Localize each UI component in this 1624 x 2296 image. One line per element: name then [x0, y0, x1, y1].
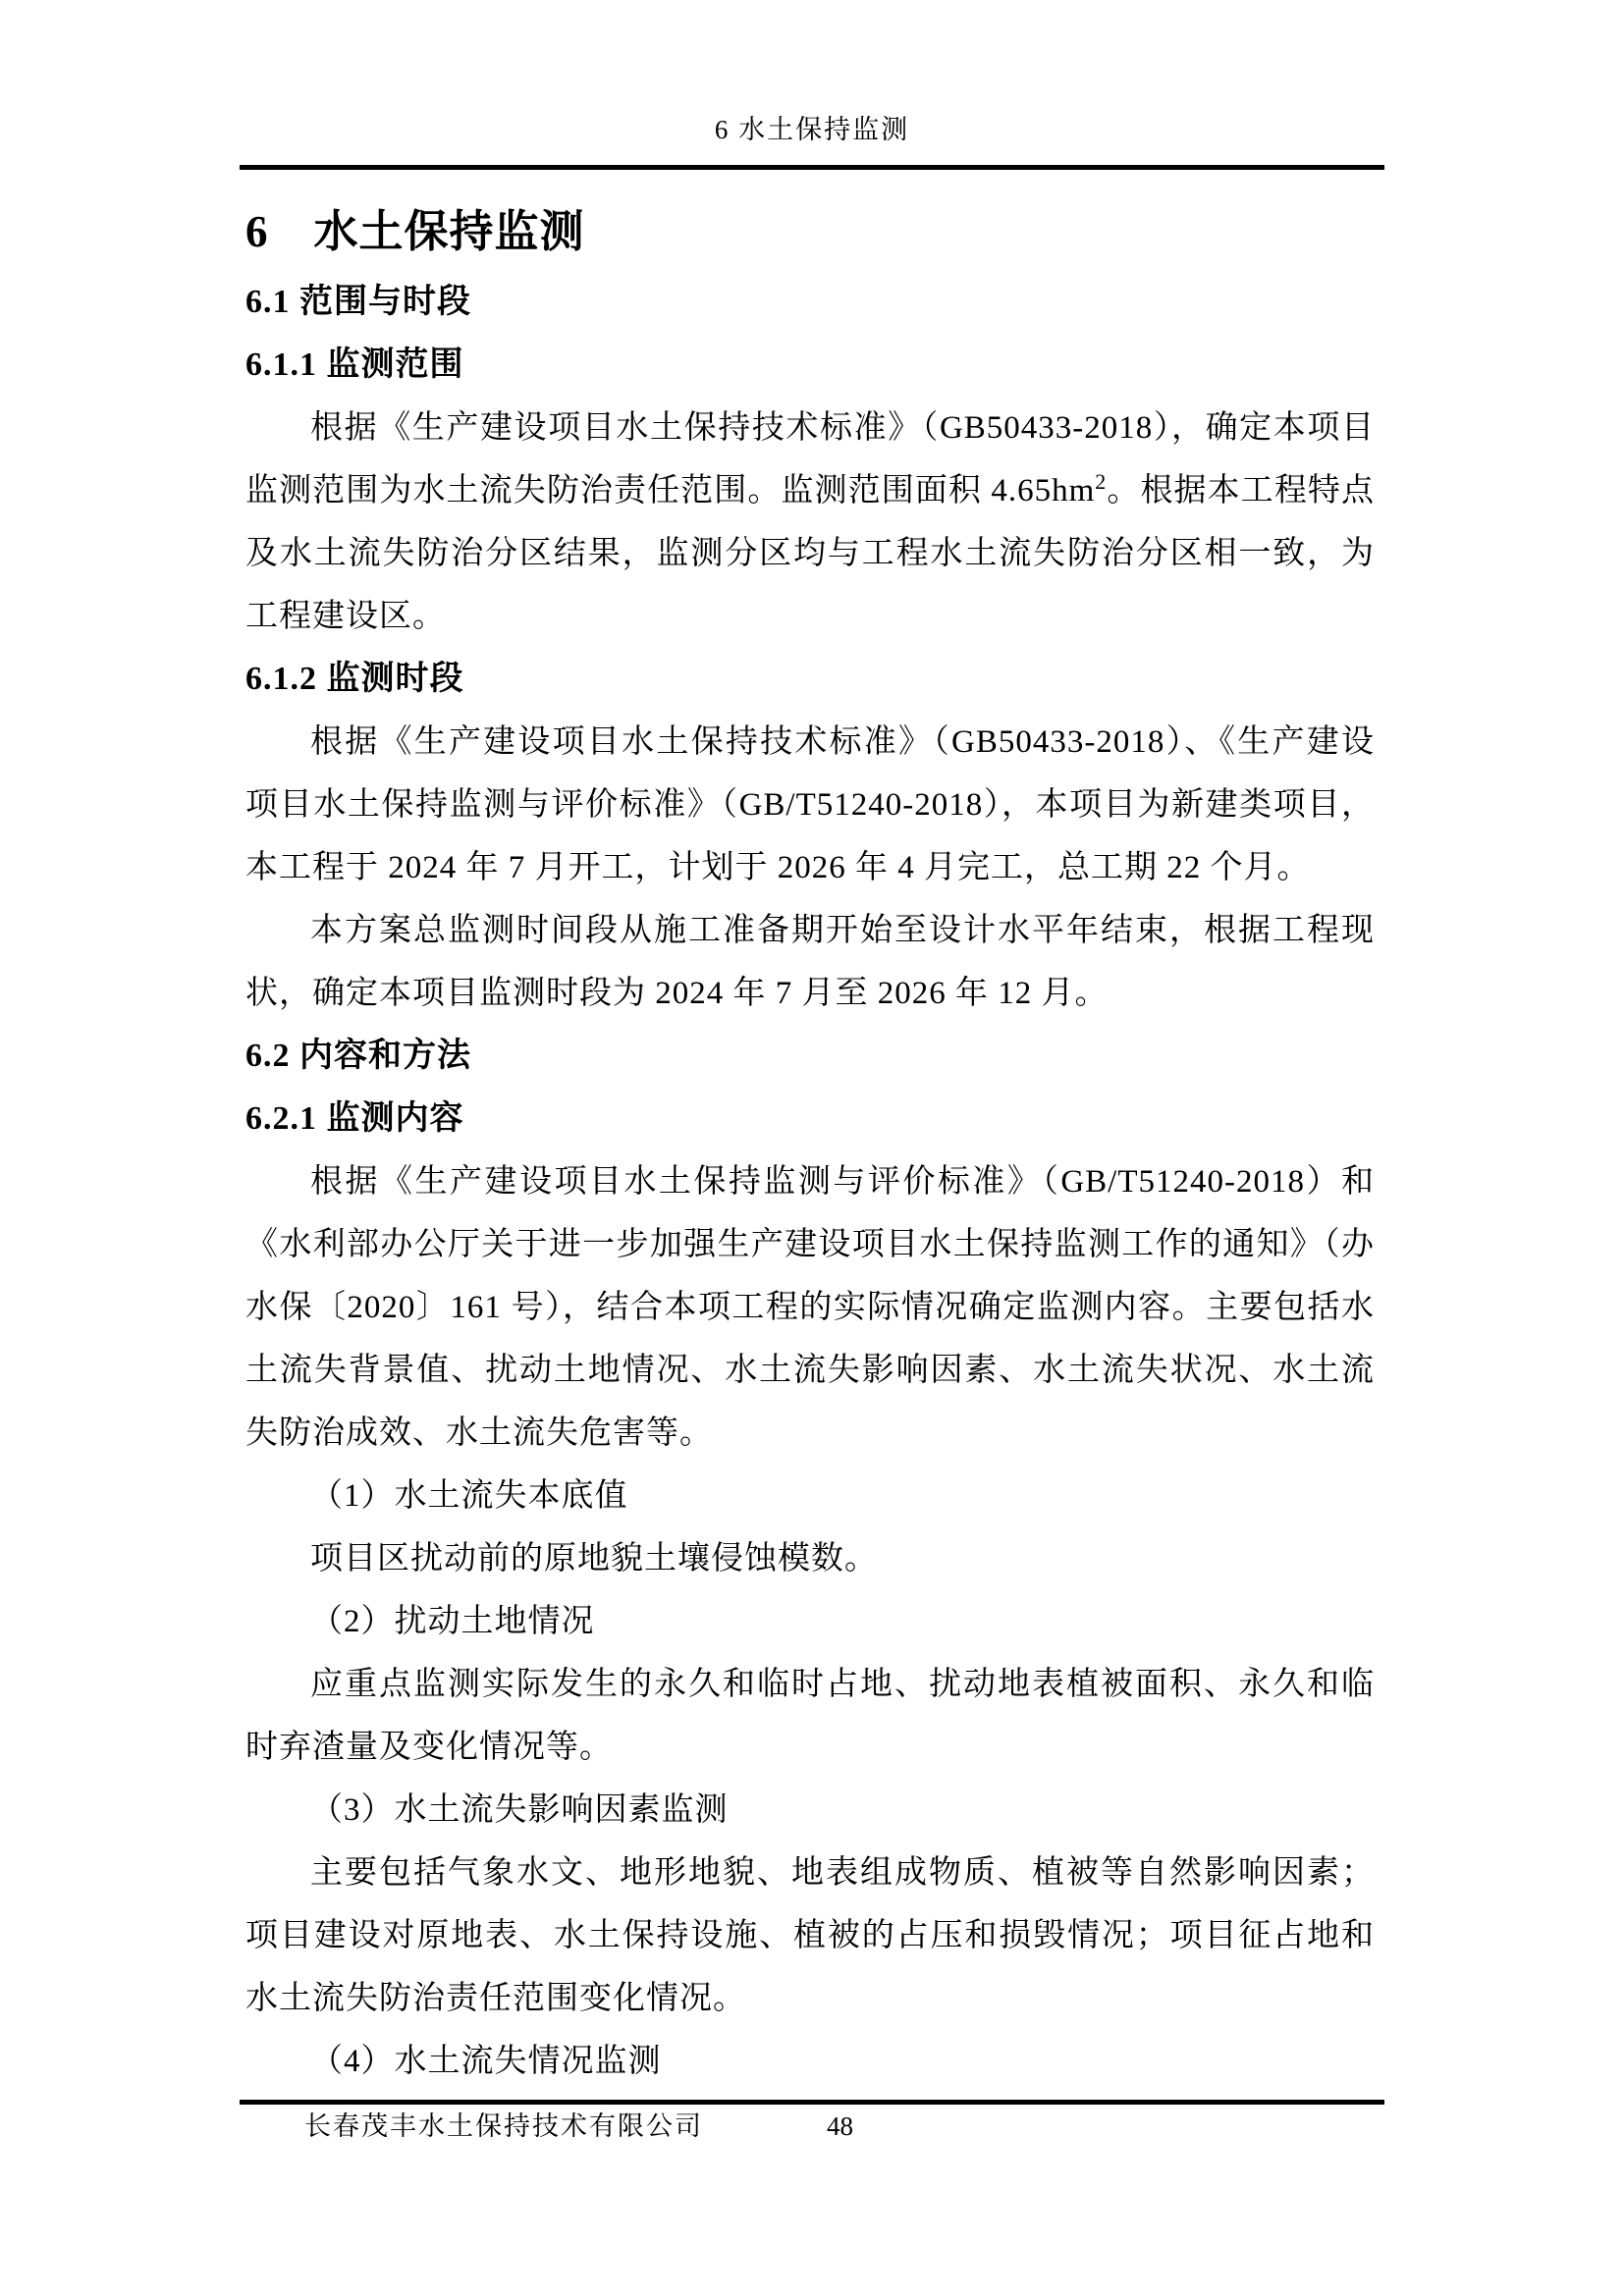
page-number: 48	[827, 2110, 853, 2142]
list-item-2: （2）扰动土地情况	[245, 1590, 1375, 1653]
paragraph-influence-factors: 主要包括气象水文、地形地貌、地表组成物质、植被等自然影响因素；项目建设对原地表、…	[245, 1842, 1375, 2030]
section-heading-6-1-2: 6.1.2 监测时段	[245, 648, 1375, 711]
paragraph-monitoring-content: 根据《生产建设项目水土保持监测与评价标准》（GB/T51240-2018）和《水…	[245, 1150, 1375, 1465]
document-page: 6 水土保持监测 6 水土保持监测 6.1 范围与时段 6.1.1 监测范围 根…	[0, 0, 1624, 2296]
paragraph-monitoring-period-1: 根据《生产建设项目水土保持技术标准》（GB50433-2018）、《生产建设项目…	[245, 711, 1375, 899]
header-rule	[240, 165, 1384, 170]
section-heading-6-1: 6.1 范围与时段	[245, 271, 1375, 334]
document-body: 6 水土保持监测 6.1 范围与时段 6.1.1 监测范围 根据《生产建设项目水…	[245, 192, 1375, 2093]
footer-rule	[240, 2100, 1384, 2105]
paragraph-monitoring-scope: 根据《生产建设项目水土保持技术标准》（GB50433-2018），确定本项目监测…	[245, 397, 1375, 648]
list-item-4: （4）水土流失情况监测	[245, 2030, 1375, 2093]
section-heading-6-1-1: 6.1.1 监测范围	[245, 334, 1375, 397]
footer-company-name: 长春茂丰水土保持技术有限公司	[304, 2110, 703, 2142]
section-heading-6-2-1: 6.2.1 监测内容	[245, 1088, 1375, 1150]
superscript-2: 2	[1095, 469, 1107, 494]
paragraph-monitoring-period-2: 本方案总监测时间段从施工准备期开始至设计水平年结束，根据工程现状，确定本项目监测…	[245, 899, 1375, 1025]
list-item-1: （1）水土流失本底值	[245, 1465, 1375, 1527]
list-item-3: （3）水土流失影响因素监测	[245, 1779, 1375, 1842]
section-heading-6-2: 6.2 内容和方法	[245, 1025, 1375, 1088]
chapter-title: 6 水土保持监测	[245, 192, 1375, 271]
paragraph-baseline-value: 项目区扰动前的原地貌土壤侵蚀模数。	[245, 1527, 1375, 1590]
running-header: 6 水土保持监测	[240, 114, 1384, 145]
paragraph-disturbed-land: 应重点监测实际发生的永久和临时占地、扰动地表植被面积、永久和临时弃渣量及变化情况…	[245, 1653, 1375, 1779]
